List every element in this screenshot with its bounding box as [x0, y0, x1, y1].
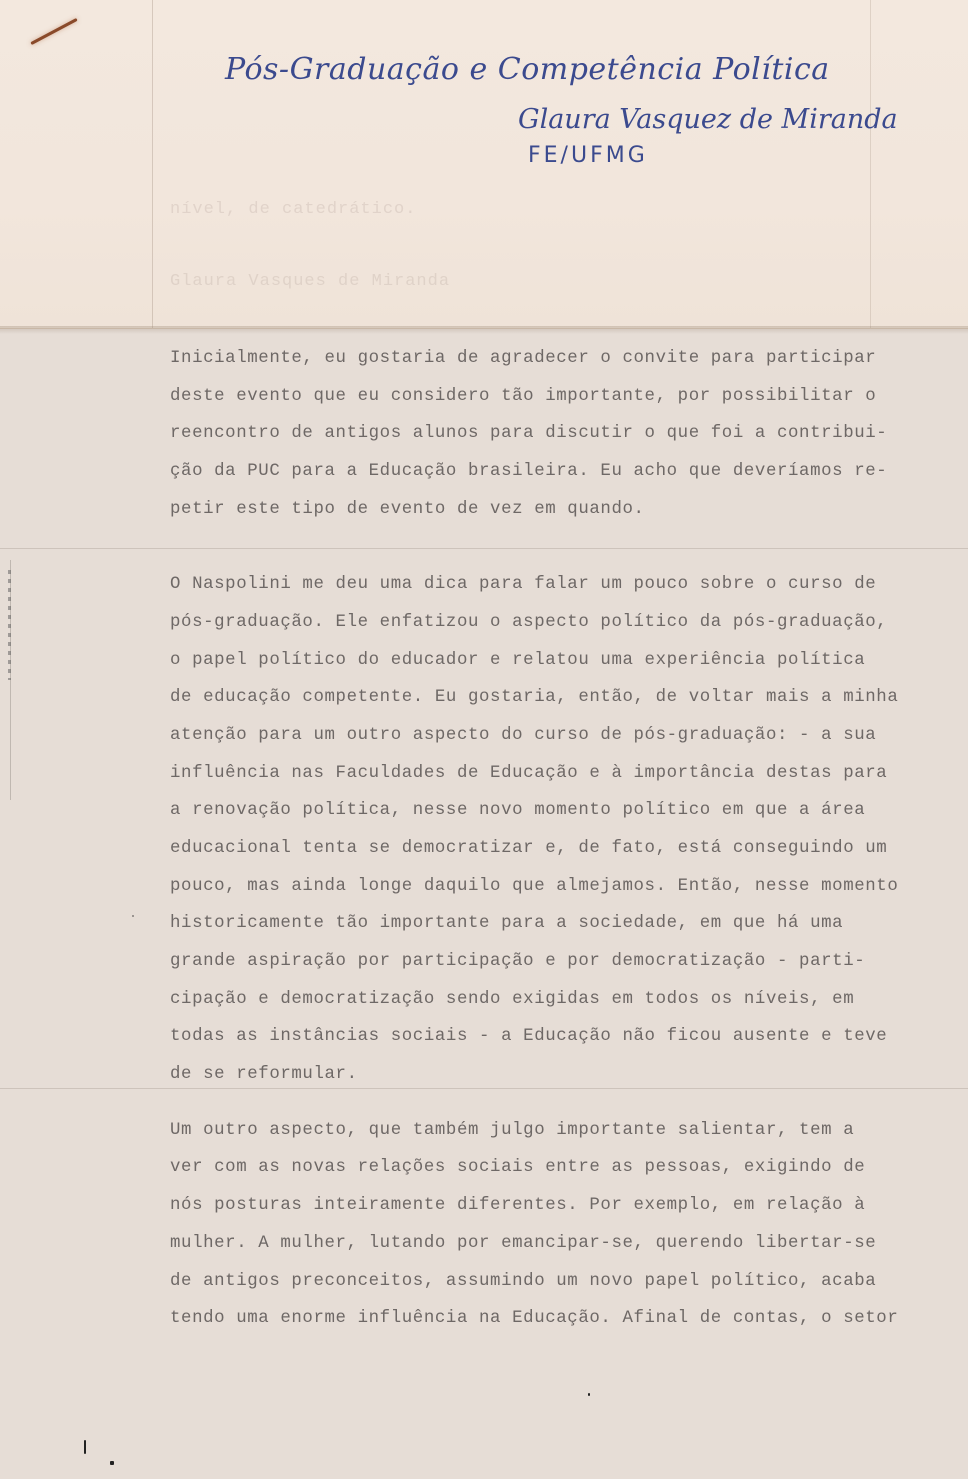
text-line: todas as instâncias sociais - a Educação…: [170, 1018, 960, 1056]
text-line: grande aspiração por participação e por …: [170, 943, 960, 981]
text-line: o papel político do educador e relatou u…: [170, 642, 960, 680]
text-line: tendo uma enorme influência na Educação.…: [170, 1300, 960, 1338]
paragraph-gap: [170, 1094, 960, 1112]
text-line: pós-graduação. Ele enfatizou o aspecto p…: [170, 604, 960, 642]
text-line: Um outro aspecto, que também julgo impor…: [170, 1112, 960, 1150]
margin-line: [152, 0, 153, 328]
edge-marks: [8, 570, 11, 680]
margin-line: [870, 0, 871, 328]
text-line: ção da PUC para a Educação brasileira. E…: [170, 453, 960, 491]
folded-top-flap: nível, de catedrático. Glaura Vasques de…: [0, 0, 968, 329]
text-line: de antigos preconceitos, assumindo um no…: [170, 1263, 960, 1301]
typewritten-body: Inicialmente, eu gostaria de agradecer o…: [170, 340, 960, 1338]
scanned-page: nível, de catedrático. Glaura Vasques de…: [0, 0, 968, 1479]
bleed-through-text: nível, de catedrático.: [170, 200, 416, 219]
ink-speck: [110, 1461, 114, 1465]
text-line: historicamente tão importante para a soc…: [170, 905, 960, 943]
text-line: petir este tipo de evento de vez em quan…: [170, 491, 960, 529]
text-line: ver com as novas relações sociais entre …: [170, 1149, 960, 1187]
pin-mark-icon: [30, 18, 77, 45]
text-line: influência nas Faculdades de Educação e …: [170, 755, 960, 793]
text-line: cipação e democratização sendo exigidas …: [170, 981, 960, 1019]
text-line: deste evento que eu considero tão import…: [170, 378, 960, 416]
text-line: a renovação política, nesse novo momento…: [170, 792, 960, 830]
ink-speck: [132, 915, 134, 917]
paragraph-2: O Naspolini me deu uma dica para falar u…: [170, 566, 960, 1094]
text-line: O Naspolini me deu uma dica para falar u…: [170, 566, 960, 604]
text-line: atenção para um outro aspecto do curso d…: [170, 717, 960, 755]
text-line: nós posturas inteiramente diferentes. Po…: [170, 1187, 960, 1225]
paragraph-3: Um outro aspecto, que também julgo impor…: [170, 1112, 960, 1338]
handwritten-title: Pós-Graduação e Competência Política: [225, 52, 830, 87]
text-line: de educação competente. Eu gostaria, ent…: [170, 679, 960, 717]
ink-speck: [588, 1393, 590, 1396]
paragraph-1: Inicialmente, eu gostaria de agradecer o…: [170, 340, 960, 528]
fold-shadow: [0, 326, 968, 334]
text-line: pouco, mas ainda longe daquilo que almej…: [170, 868, 960, 906]
text-line: educacional tenta se democratizar e, de …: [170, 830, 960, 868]
text-line: reencontro de antigos alunos para discut…: [170, 415, 960, 453]
text-line: de se reformular.: [170, 1056, 960, 1094]
bleed-through-text: Glaura Vasques de Miranda: [170, 272, 450, 291]
text-line: mulher. A mulher, lutando por emancipar-…: [170, 1225, 960, 1263]
handwritten-affiliation: FE/UFMG: [528, 143, 648, 168]
ink-speck: [84, 1440, 86, 1454]
paragraph-gap: [170, 528, 960, 566]
text-line: Inicialmente, eu gostaria de agradecer o…: [170, 340, 960, 378]
handwritten-author: Glaura Vasquez de Miranda: [518, 104, 898, 135]
